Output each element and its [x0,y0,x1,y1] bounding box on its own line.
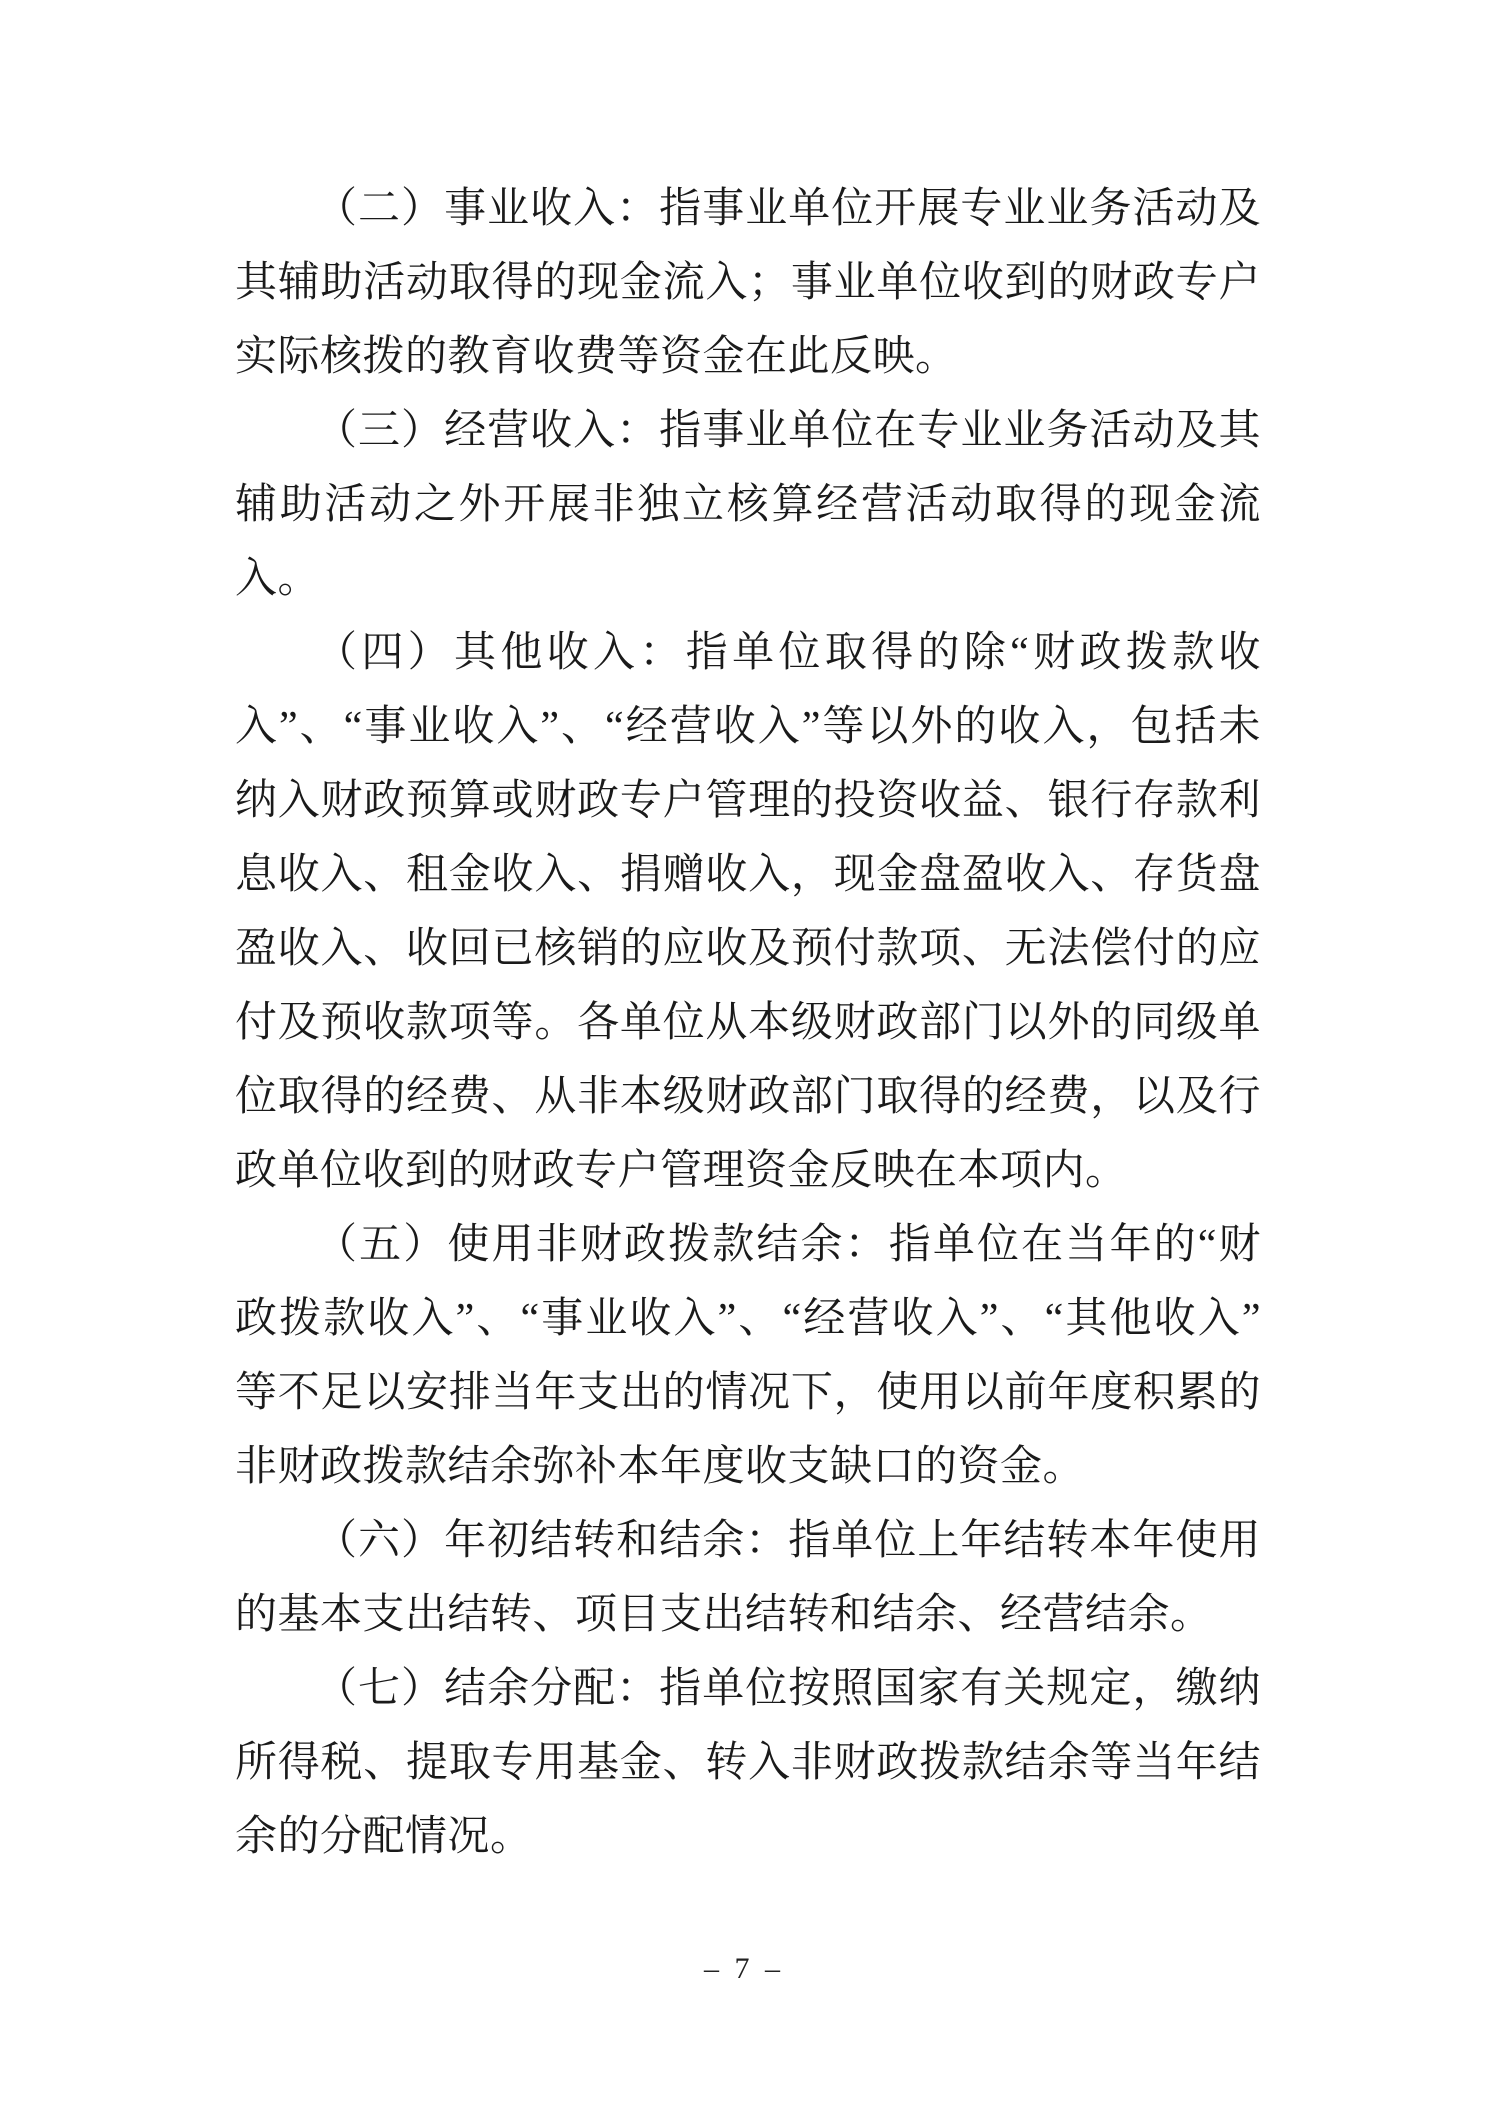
document-body: （二）事业收入：指事业单位开展专业业务活动及其辅助活动取得的现金流入；事业单位收… [235,172,1261,1874]
paragraph-item-7-jieyu-fenpei: （七）结余分配：指单位按照国家有关规定，缴纳所得税、提取专用基金、转入非财政拨款… [235,1652,1261,1874]
paragraph-item-5-shiyong-feicaizheng-bokuan-jieyu: （五）使用非财政拨款结余：指单位在当年的“财政拨款收入”、“事业收入”、“经营收… [235,1208,1261,1504]
paragraph-item-3-jingying-shouru: （三）经营收入：指事业单位在专业业务活动及其辅助活动之外开展非独立核算经营活动取… [235,394,1261,616]
page-number: – 7 – [704,1952,784,1985]
paragraph-item-4-qita-shouru: （四）其他收入：指单位取得的除“财政拨款收入”、“事业收入”、“经营收入”等以外… [235,616,1261,1208]
document-page: （二）事业收入：指事业单位开展专业业务活动及其辅助活动取得的现金流入；事业单位收… [0,0,1488,2104]
page-footer: – 7 – [0,1952,1488,1986]
paragraph-item-2-shiye-shouru: （二）事业收入：指事业单位开展专业业务活动及其辅助活动取得的现金流入；事业单位收… [235,172,1261,394]
paragraph-item-6-nianchu-jiezhuan-he-jieyu: （六）年初结转和结余：指单位上年结转本年使用的基本支出结转、项目支出结转和结余、… [235,1504,1261,1652]
